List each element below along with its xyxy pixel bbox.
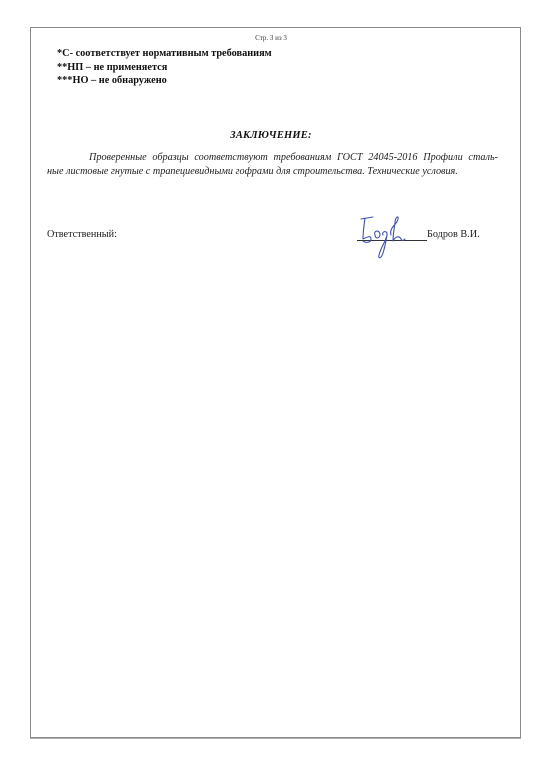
signer-name: Бодров В.И. xyxy=(427,229,480,240)
conclusion-line-2: ные листовые гнутые с трапециевидными го… xyxy=(47,165,498,179)
footnote-not-found: ***НО – не обнаружено xyxy=(57,74,272,88)
page-number: Стр. 3 из 3 xyxy=(0,34,542,42)
footnotes-legend: *С- соответствует нормативным требования… xyxy=(57,47,272,88)
responsible-label: Ответственный: xyxy=(47,229,117,240)
signature-icon xyxy=(353,213,413,263)
conclusion-line-1: Проверенные образцы соответствуют требов… xyxy=(57,151,498,165)
conclusion-text: Проверенные образцы соответствуют требов… xyxy=(57,151,498,179)
footnote-compliant: *С- соответствует нормативным требования… xyxy=(57,47,272,61)
footnote-not-applicable: **НП – не применяется xyxy=(57,61,272,75)
conclusion-title: ЗАКЛЮЧЕНИЕ: xyxy=(0,130,542,141)
